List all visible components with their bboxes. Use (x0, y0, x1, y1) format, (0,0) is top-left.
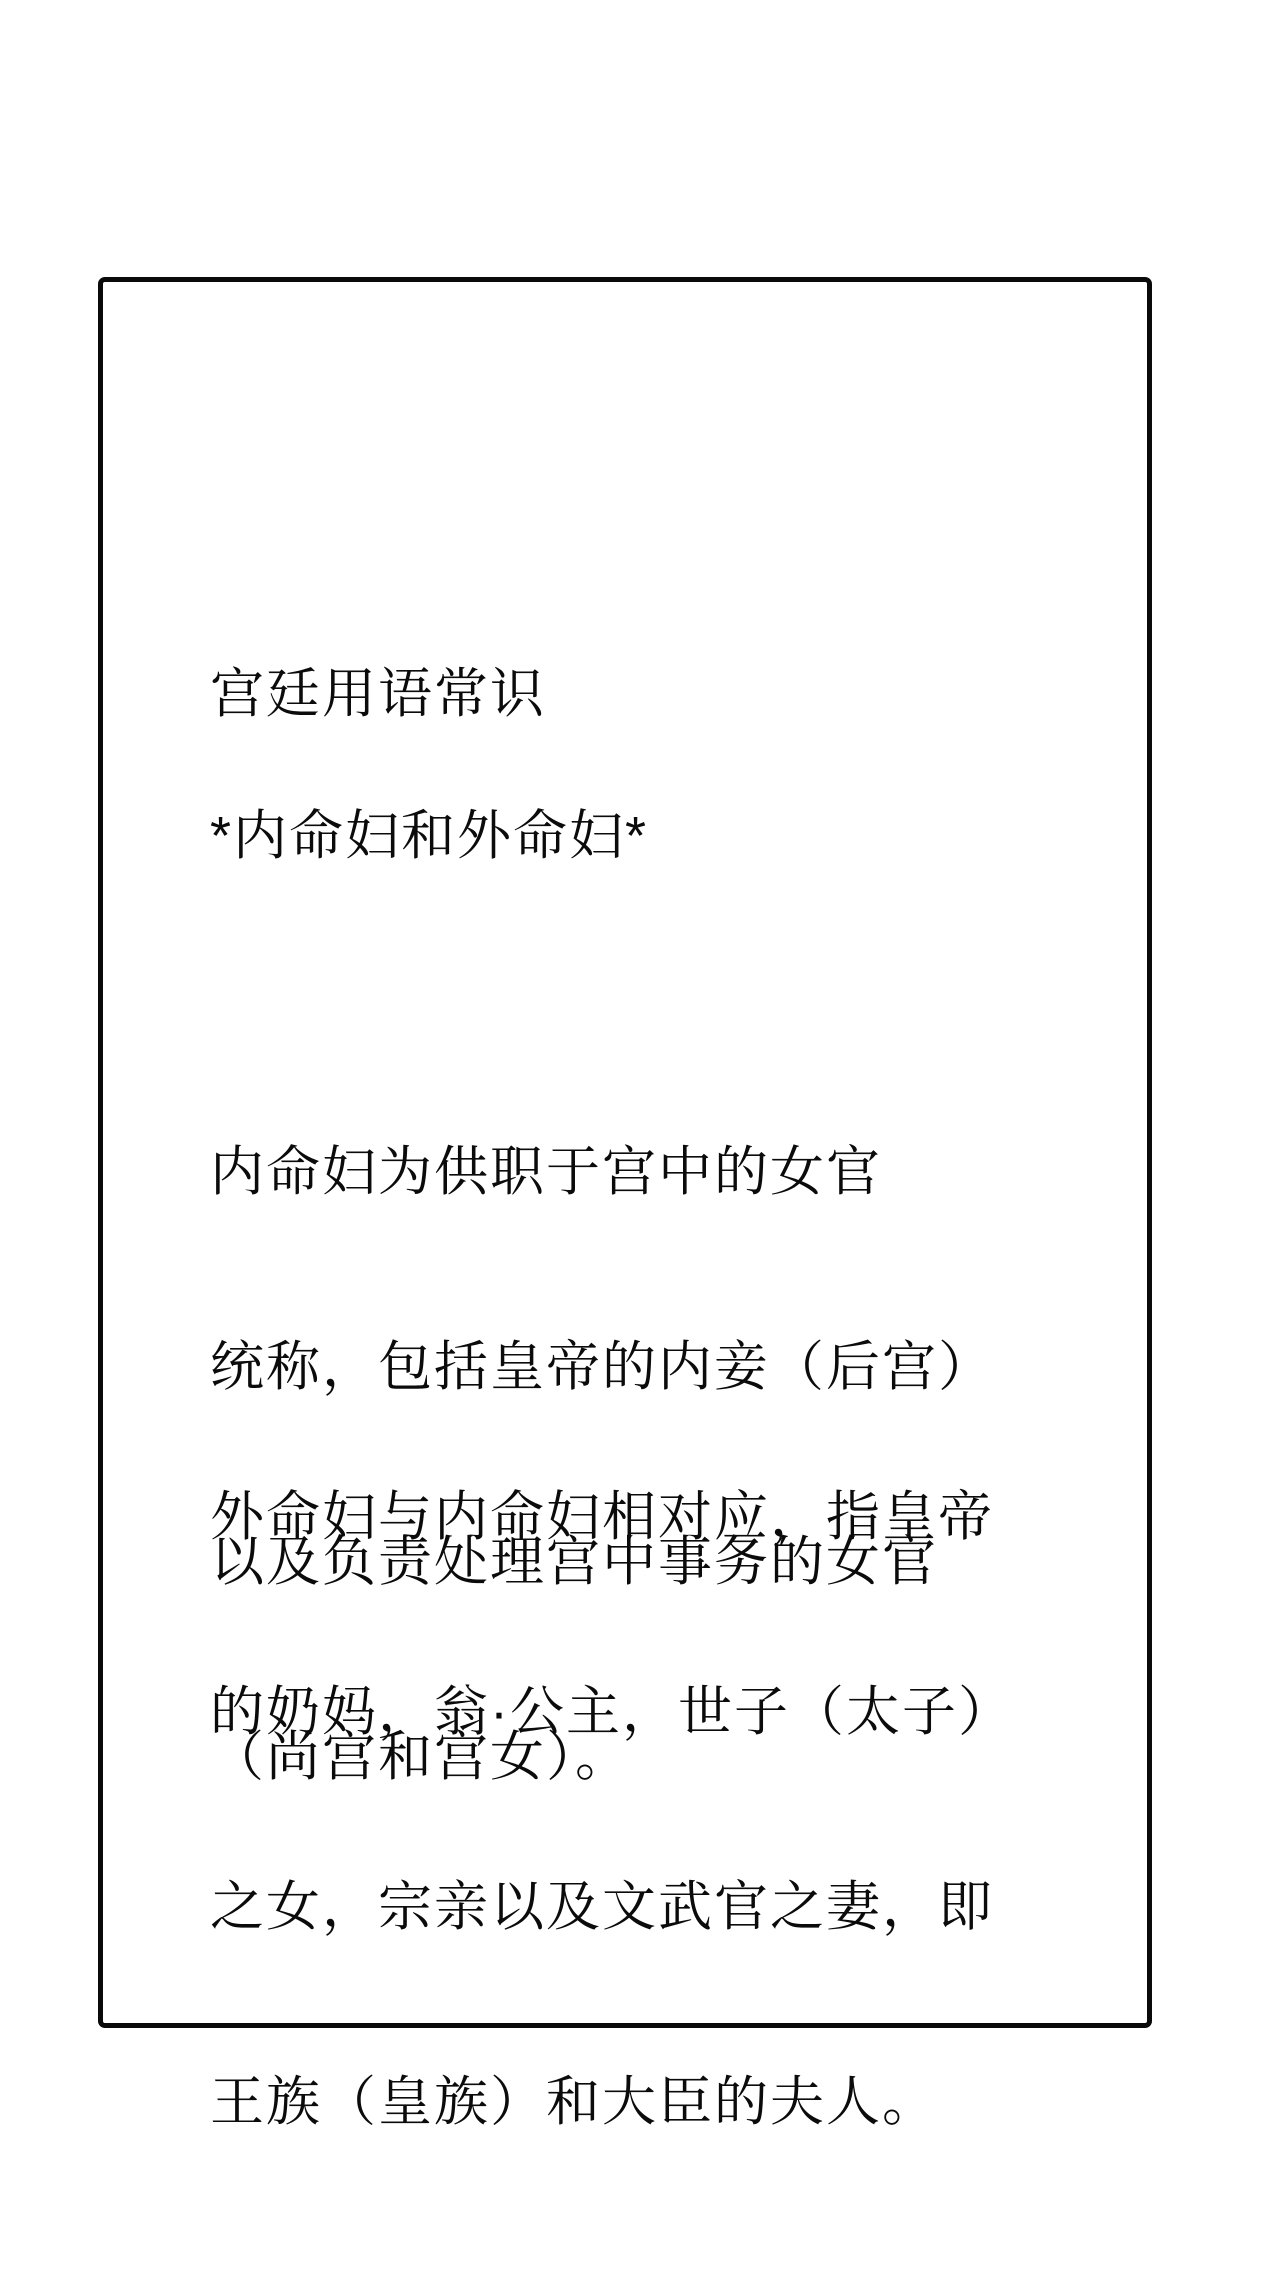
info-panel: 宫廷用语常识 *内命妇和外命妇* 内命妇为供职于宫中的女官 统称，包括皇帝的内妾… (98, 277, 1152, 2028)
paragraph-line: 的奶妈，翁·公主，世子（太子） (210, 1680, 1014, 1745)
panel-subtitle: *内命妇和外命妇* (210, 804, 648, 869)
paragraph-line: 王族（皇族）和大臣的夫人。 (210, 2070, 1014, 2135)
paragraph-line: 外命妇与内命妇相对应，指皇帝 (210, 1485, 1014, 1550)
paragraph-outer-court-ladies: 外命妇与内命妇相对应，指皇帝 的奶妈，翁·公主，世子（太子） 之女，宗亲以及文武… (210, 1355, 1014, 2265)
paragraph-line: 内命妇为供职于宫中的女官 (210, 1140, 994, 1205)
paragraph-line: 之女，宗亲以及文武官之妻，即 (210, 1875, 1014, 1940)
panel-title: 宫廷用语常识 (210, 662, 546, 727)
